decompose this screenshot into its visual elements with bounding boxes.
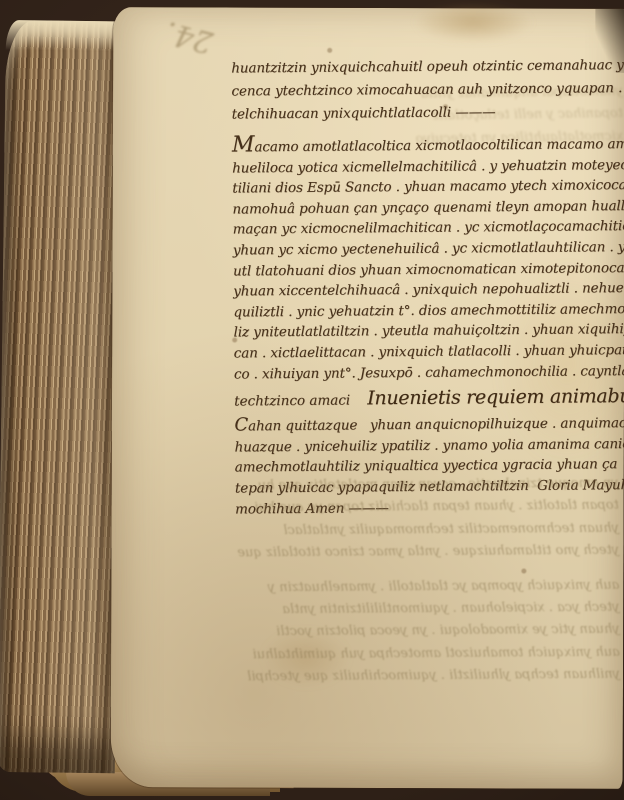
latin-quote-line: techtzinco amaci Inuenietis requiem anim… [234, 382, 624, 415]
bleedthrough-line: ytech yno titlamahuizque . yntla ymac tz… [211, 540, 619, 565]
bleedthrough-line: yhuan techmonemactiliz techmomaquiliz yn… [211, 518, 619, 543]
bleedthrough-line: ytech yca . xicpielohuan . yquimontlilil… [211, 597, 619, 622]
text-line: Cahan quittazque yhuan anquicnopilhuizqu… [234, 412, 624, 437]
text-line: telchihuacan ynixquichtlatlacolli ——— [232, 100, 624, 126]
bleedthrough-line: yhuan ytic ye ximoadoloqui . yn yeoca pi… [212, 619, 620, 644]
fore-edge-top-highlight [6, 20, 124, 51]
bleedthrough-line: auh ynixquich tomahuizotl amotechpa yuh … [212, 642, 620, 667]
manuscript-page: 24. ynamotlapal anquimanaz yntlatopaniha… [111, 7, 624, 789]
stain [413, 2, 533, 42]
folio-number-bleedthrough: 24. [162, 14, 217, 60]
paragraph-one: huantzitzin ynixquichcahuitl opeuh otzin… [231, 54, 624, 126]
text-line: yhuan yc xicmo yectenehuilicâ . yc xicmo… [233, 237, 624, 261]
bleedthrough-line: ynilhuan techpa ylhuiliztli . yquimochih… [212, 664, 620, 689]
paragraph-two: Macamo amotlatlacoltica xicmotlaocoltili… [232, 132, 624, 385]
text-line: cenca ytechtzinco ximocahuacan auh ynitz… [231, 77, 624, 103]
latin-quote: Inuenietis requiem animabus [367, 385, 624, 409]
bleedthrough-line: yn amoque tzinahuatic . cayan ypan motla… [211, 473, 619, 498]
bleedthrough-line: auh ynixquich ypompa yc tlatlatolli . ym… [211, 574, 619, 599]
text-line: can . xictlaelittacan . ynixquich tlatla… [234, 340, 624, 364]
book-fore-edge-stack [0, 20, 124, 773]
manuscript-photo: 24. ynamotlapal anquimanaz yntlatopaniha… [0, 0, 624, 800]
bleedthrough-text-lower: yn amoque tzinahuatic . cayan ypan motla… [211, 473, 620, 689]
text-line: Macamo amotlatlacoltica xicmotlaocoltili… [232, 132, 624, 158]
text-line: co . xihuiyan ynt°. Jesuxpō . cahamechmo… [234, 361, 624, 385]
ink-speck [327, 48, 332, 53]
text-line: huantzitzin ynixquichcahuitl opeuh otzin… [231, 54, 624, 80]
bleedthrough-line: topan tlatoltiz . yhuan tepan tlachializ… [211, 495, 619, 520]
manuscript-text: huantzitzin ynixquichcahuitl opeuh otzin… [231, 54, 624, 520]
latin-quote-lead-in: techtzinco amaci [234, 393, 350, 410]
